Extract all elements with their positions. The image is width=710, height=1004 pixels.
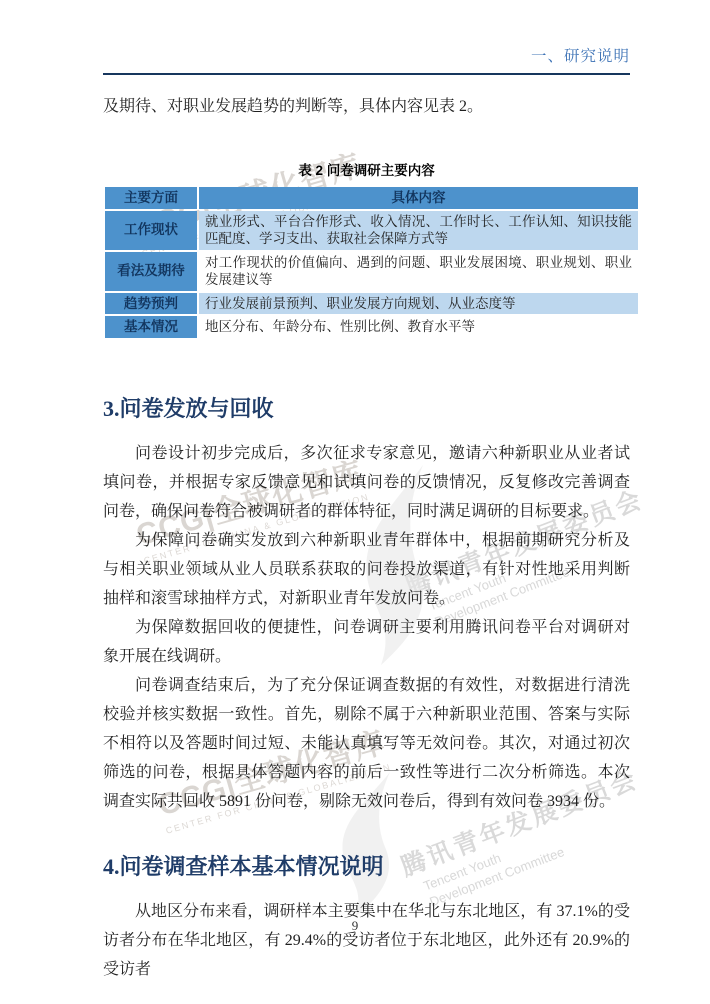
row-aspect-cell: 看法及期待	[105, 252, 197, 291]
row-aspect-cell: 工作现状	[105, 211, 197, 250]
column-header-aspect: 主要方面	[105, 187, 197, 209]
row-content-cell: 行业发展前景预判、职业发展方向规划、从业态度等	[199, 293, 638, 315]
table-row: 看法及期待 对工作现状的价值偏向、遇到的问题、职业发展困境、职业规划、职业发展建…	[105, 252, 638, 291]
survey-content-table: 主要方面 具体内容 工作现状 就业形式、平台合作形式、收入情况、工作时长、工作认…	[103, 185, 640, 340]
row-aspect-cell: 基本情况	[105, 316, 197, 338]
paragraph: 为保障问卷确实发放到六种新职业青年群体中，根据前期研究分析及与相关职业领域从业人…	[103, 526, 630, 613]
table-header-row: 主要方面 具体内容	[105, 187, 638, 209]
row-content-cell: 对工作现状的价值偏向、遇到的问题、职业发展困境、职业规划、职业发展建议等	[199, 252, 638, 291]
row-content-cell: 地区分布、年龄分布、性别比例、教育水平等	[199, 316, 638, 338]
row-aspect-cell: 趋势预判	[105, 293, 197, 315]
section-heading-3: 3.问卷发放与回收	[103, 392, 630, 423]
paragraph: 问卷调查结束后，为了充分保证调查数据的有效性，对数据进行清洗校验并核实数据一致性…	[103, 671, 630, 816]
intro-paragraph: 及期待、对职业发展趋势的判断等，具体内容见表 2。	[103, 92, 630, 121]
column-header-content: 具体内容	[199, 187, 638, 209]
table-row: 基本情况 地区分布、年龄分布、性别比例、教育水平等	[105, 316, 638, 338]
section-label: 一、研究说明	[531, 48, 630, 65]
table-row: 趋势预判 行业发展前景预判、职业发展方向规划、从业态度等	[105, 293, 638, 315]
document-page: CCG|全球化智库 CENTER FOR CHINA & GLOBALIZATI…	[0, 0, 710, 1004]
page-content: 一、研究说明 及期待、对职业发展趋势的判断等，具体内容见表 2。 表 2 问卷调…	[0, 0, 710, 984]
row-content-cell: 就业形式、平台合作形式、收入情况、工作时长、工作认知、知识技能匹配度、学习支出、…	[199, 211, 638, 250]
paragraph: 为保障数据回收的便捷性，问卷调研主要利用腾讯问卷平台对调研对象开展在线调研。	[103, 613, 630, 671]
section-heading-4: 4.问卷调查样本基本情况说明	[103, 850, 630, 881]
paragraph: 从地区分布来看，调研样本主要集中在华北与东北地区，有 37.1%的受访者分布在华…	[103, 897, 630, 984]
table-caption: 表 2 问卷调研主要内容	[103, 159, 630, 179]
paragraph: 问卷设计初步完成后，多次征求专家意见，邀请六种新职业从业者试填问卷，并根据专家反…	[103, 439, 630, 526]
running-header: 一、研究说明	[103, 44, 630, 75]
table-row: 工作现状 就业形式、平台合作形式、收入情况、工作时长、工作认知、知识技能匹配度、…	[105, 211, 638, 250]
page-number: 9	[0, 918, 710, 934]
